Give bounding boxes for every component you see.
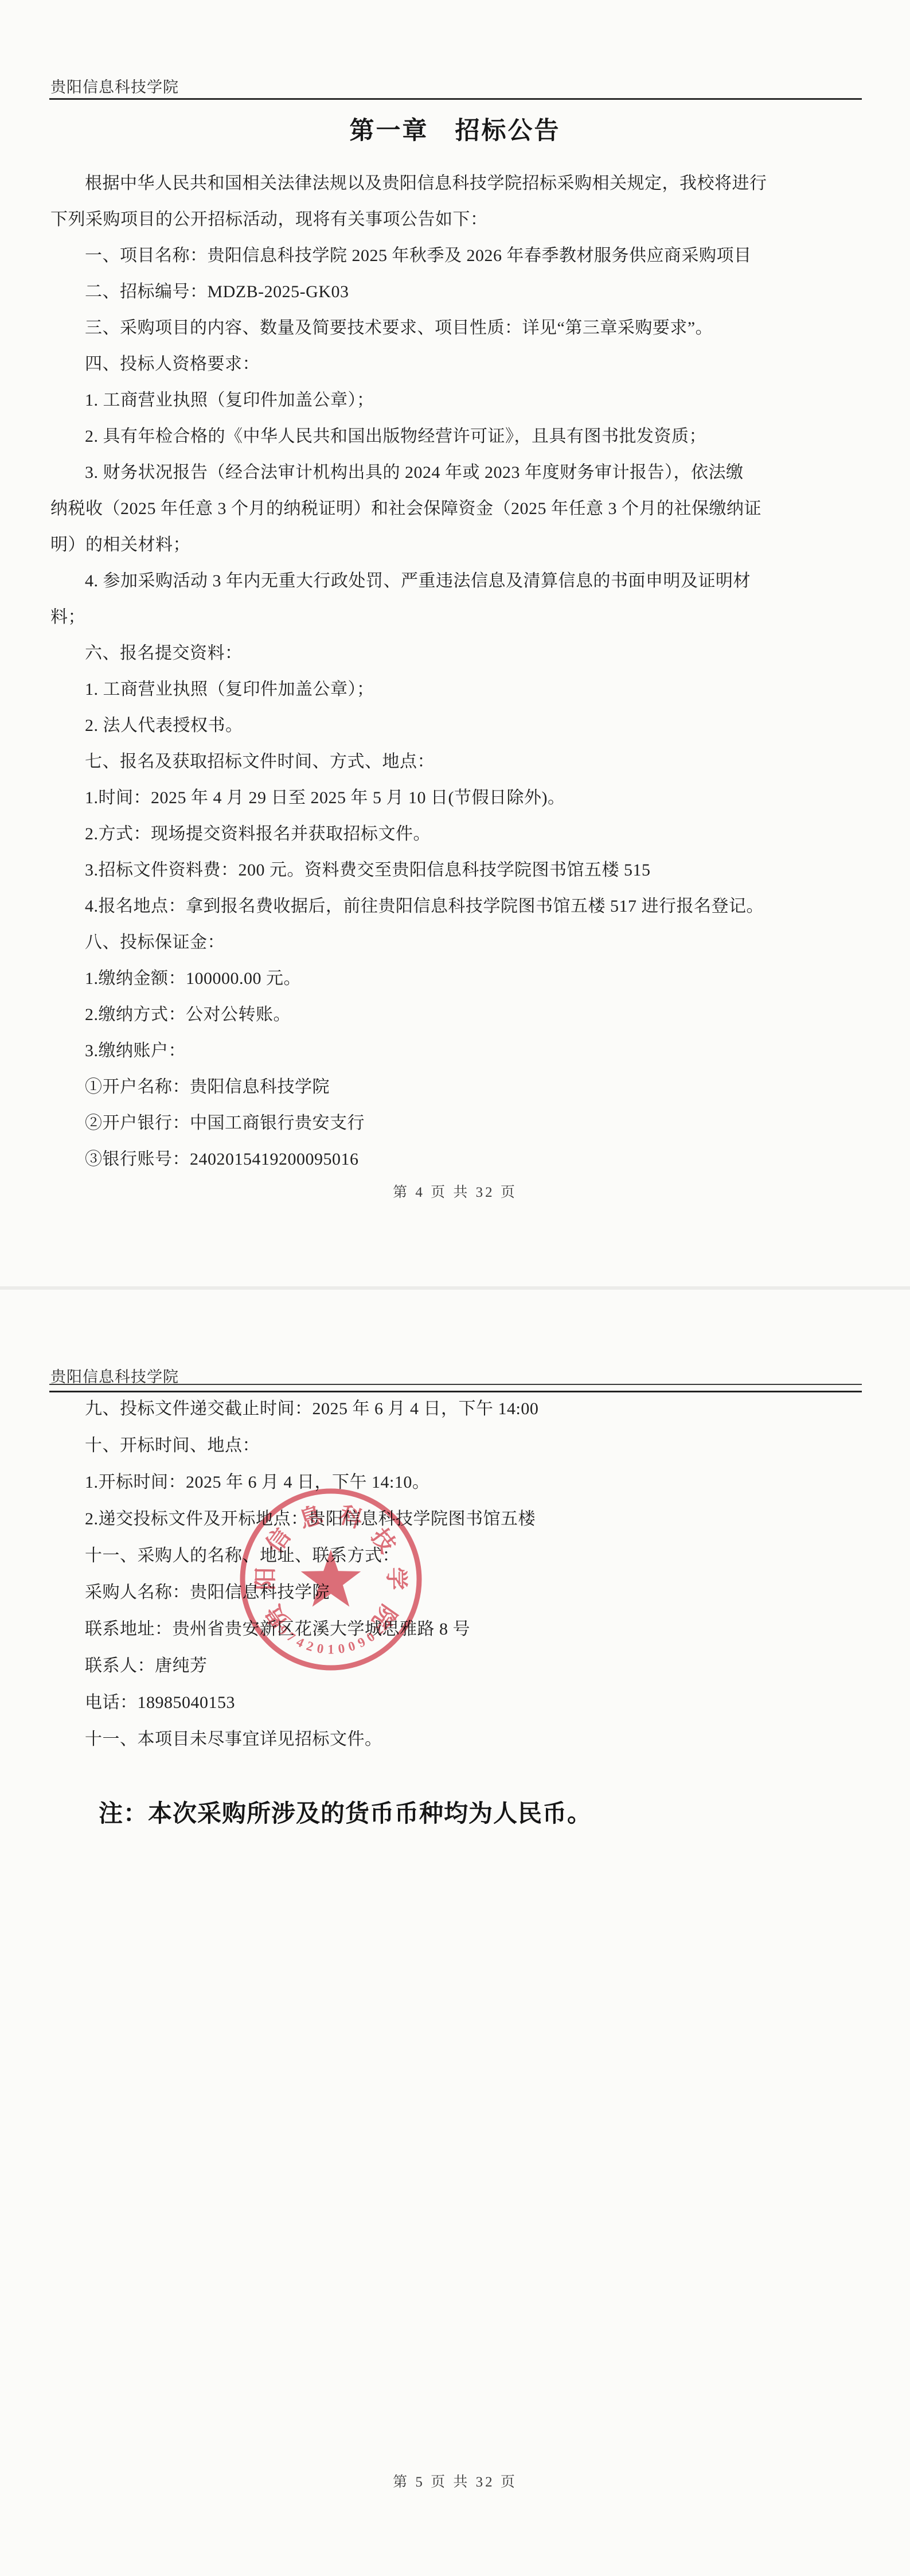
- document-viewer: 贵阳信息科技学院 第一章 招标公告 根据中华人民共和国相关法律法规以及贵阳信息科…: [0, 0, 910, 2576]
- text-line: 3. 财务状况报告（经合法审计机构出具的 2024 年或 2023 年度财务审计…: [50, 454, 876, 491]
- seal-char: 2: [304, 1639, 315, 1654]
- seal-char: 贵: [259, 1599, 295, 1634]
- text-line: 四、投标人资格要求：: [50, 346, 876, 382]
- text-line: 纳税收（2025 年任意 3 个月的纳税证明）和社会保障资金（2025 年任意 …: [50, 491, 876, 527]
- page-body: 根据中华人民共和国相关法律法规以及贵阳信息科技学院招标采购相关规定，我校将进行下…: [50, 165, 876, 1177]
- seal-char: 技: [366, 1524, 401, 1558]
- text-line: 二、招标编号：MDZB-2025-GK03: [50, 274, 876, 310]
- page-body: 九、投标文件递交截止时间：2025 年 6 月 4 日，下午 14:00十、开标…: [50, 1391, 876, 1758]
- seal-char: 7: [284, 1629, 298, 1645]
- seal-char: 4: [294, 1635, 307, 1651]
- page-5: 贵阳信息科技学院 九、投标文件递交截止时间：2025 年 6 月 4 日，下午 …: [0, 1290, 910, 2576]
- seal-char: 息: [296, 1501, 326, 1533]
- seal-char: 0: [337, 1641, 346, 1656]
- text-line: 1. 工商营业执照（复印件加盖公章）；: [50, 382, 876, 418]
- text-line: 2.递交投标文件及开标地点：贵阳信息科技学院图书馆五楼: [50, 1501, 876, 1538]
- text-line: 三、采购项目的内容、数量及简要技术要求、项目性质：详见“第三章采购要求”。: [50, 310, 876, 346]
- chapter-title: 第一章 招标公告: [0, 111, 910, 146]
- text-line: 3.缴纳账户：: [50, 1033, 876, 1069]
- seal-char: 信: [261, 1524, 295, 1558]
- text-line: 料；: [50, 599, 876, 635]
- text-line: 采购人名称：贵阳信息科技学院: [50, 1574, 876, 1611]
- seal-char: 9: [356, 1635, 368, 1651]
- text-line: 4.报名地点：拿到报名费收据后，前往贵阳信息科技学院图书馆五楼 517 进行报名…: [50, 888, 876, 924]
- text-line: 3.招标文件资料费：200 元。资料费交至贵阳信息科技学院图书馆五楼 515: [50, 852, 876, 888]
- text-line: 2.缴纳方式：公对公转账。: [50, 997, 876, 1033]
- seal-char: 科: [336, 1501, 366, 1533]
- text-line: 根据中华人民共和国相关法律法规以及贵阳信息科技学院招标采购相关规定，我校将进行: [50, 165, 876, 201]
- text-line: 1.开标时间：2025 年 6 月 4 日，下午 14:10。: [50, 1464, 876, 1501]
- text-line: 一、项目名称：贵阳信息科技学院 2025 年秋季及 2026 年春季教材服务供应…: [50, 238, 876, 274]
- page-header: 贵阳信息科技学院: [50, 75, 179, 97]
- header-rule: [49, 98, 862, 100]
- text-line: 十一、本项目未尽事宜详见招标文件。: [50, 1721, 876, 1758]
- seal-char: 0: [346, 1639, 357, 1654]
- text-line: 联系地址：贵州省贵安新区花溪大学城思雅路 8 号: [50, 1611, 876, 1648]
- text-line: 下列采购项目的公开招标活动，现将有关事项公告如下：: [50, 201, 876, 238]
- text-line: 电话：18985040153: [50, 1684, 876, 1721]
- text-line: 十、开标时间、地点：: [50, 1427, 876, 1464]
- text-line: 2.方式：现场提交资料报名并获取招标文件。: [50, 816, 876, 852]
- text-line: 八、投标保证金：: [50, 924, 876, 960]
- page-number: 第 5 页 共 32 页: [0, 2470, 910, 2491]
- text-line: 十一、采购人的名称、地址、联系方式：: [50, 1538, 876, 1574]
- text-line: 九、投标文件递交截止时间：2025 年 6 月 4 日，下午 14:00: [50, 1391, 876, 1427]
- text-line: 明）的相关材料；: [50, 527, 876, 563]
- text-line: ①开户名称：贵阳信息科技学院: [50, 1069, 876, 1105]
- text-line: 1.缴纳金额：100000.00 元。: [50, 960, 876, 997]
- text-line: 4. 参加采购活动 3 年内无重大行政处罚、严重违法信息及清算信息的书面申明及证…: [50, 563, 876, 599]
- text-line: 七、报名及获取招标文件时间、方式、地点：: [50, 744, 876, 780]
- official-seal-stamp: 贵阳信息科技学院 5209001024791: [236, 1485, 425, 1674]
- text-line: 1. 工商营业执照（复印件加盖公章）；: [50, 671, 876, 707]
- seal-char: 1: [327, 1643, 334, 1657]
- text-line: 六、报名提交资料：: [50, 635, 876, 671]
- text-line: 1.时间：2025 年 4 月 29 日至 2025 年 5 月 10 日(节假…: [50, 780, 876, 816]
- text-line: 2. 具有年检合格的《中华人民共和国出版物经营许可证》，且具有图书批发资质；: [50, 418, 876, 454]
- text-line: 联系人：唐纯芳: [50, 1648, 876, 1684]
- text-line: ③银行账号：2402015419200095016: [50, 1141, 876, 1177]
- seal-char: 学: [383, 1567, 409, 1590]
- text-line: 2. 法人代表授权书。: [50, 707, 876, 744]
- page-4: 贵阳信息科技学院 第一章 招标公告 根据中华人民共和国相关法律法规以及贵阳信息科…: [0, 0, 910, 1286]
- seal-char: 0: [316, 1641, 325, 1656]
- page-number: 第 4 页 共 32 页: [0, 1181, 910, 1201]
- text-line: ②开户银行：中国工商银行贵安支行: [50, 1105, 876, 1141]
- currency-note: 注：本次采购所涉及的货币币种均为人民币。: [50, 1795, 876, 1829]
- star-icon: [301, 1550, 361, 1607]
- seal-char: 阳: [252, 1567, 278, 1590]
